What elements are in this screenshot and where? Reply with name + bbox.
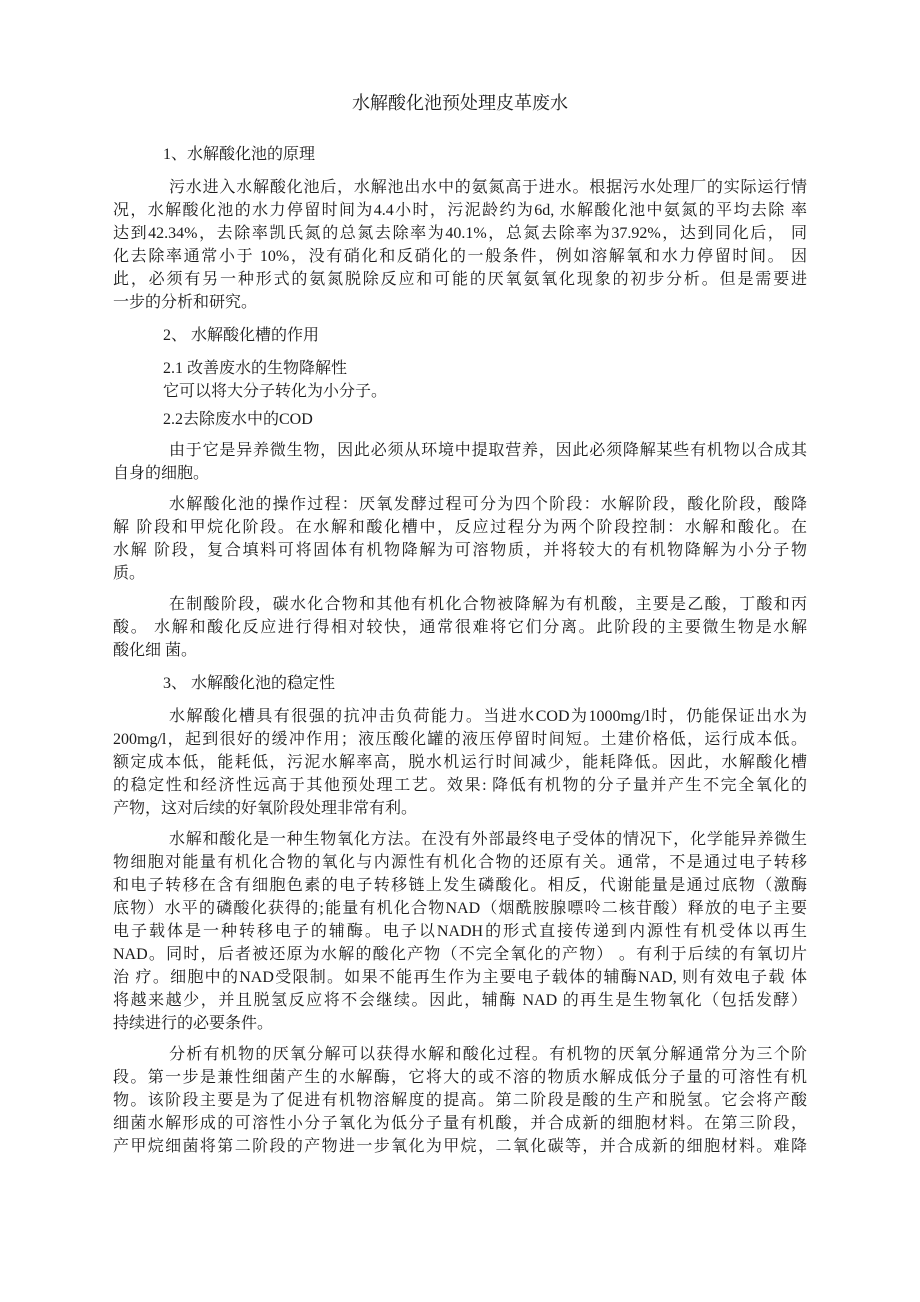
text-line: 将越来越少，并且脱氢反应将不会继续。因此，辅酶 NAD 的再生是生物氧化（包括发…	[113, 989, 807, 1012]
text-line: 解 阶段和甲烷化阶段。在水解和酸化槽中，反应过程分为两个阶段控制：水解和酸化。在	[113, 516, 807, 539]
text-line: 水解酸化槽具有很强的抗冲击负荷能力。当进水COD为1000mg/l时，仍能保证出…	[113, 705, 807, 728]
text-line: 3、 水解酸化池的稳定性	[113, 672, 807, 695]
document-page: 水解酸化池预处理皮革废水 1、水解酸化池的原理污水进入水解酸化池后，水解池出水中…	[0, 0, 920, 1302]
text-line: 由于它是异养微生物，因此必须从环境中提取营养，因此必须降解某些有机物以合成其	[113, 439, 807, 462]
text-line: NAD。同时，后者被还原为水解的酸化产物（不完全氧化的产物） 。有利于后续的有氧…	[113, 943, 807, 966]
paragraph: 水解酸化槽具有很强的抗冲击负荷能力。当进水COD为1000mg/l时，仍能保证出…	[113, 705, 807, 820]
paragraph: 2.2去除废水中的COD	[113, 408, 807, 431]
text-line: 在制酸阶段，碳水化合物和其他有机化合物被降解为有机酸，主要是乙酸，丁酸和丙	[113, 593, 807, 616]
text-line: 1、水解酸化池的原理	[113, 143, 807, 166]
text-line: 2.2去除废水中的COD	[113, 408, 807, 431]
text-line: 况，水解酸化池的水力停留时间为4.4小时，污泥龄约为6d, 水解酸化池中氨氮的平…	[113, 199, 807, 222]
text-line: 此，必须有另一种形式的氨氮脱除反应和可能的厌氧氨氧化现象的初步分析。但是需要进	[113, 268, 807, 291]
text-line: 段。第一步是兼性细菌产生的水解酶，它将大的或不溶的物质水解成低分子量的可溶性有机	[113, 1066, 807, 1089]
text-line: 持续进行的必要条件。	[113, 1012, 807, 1035]
text-line: 细菌水解形成的可溶性小分子氧化为低分子量有机酸，并合成新的细胞材料。在第三阶段，	[113, 1112, 807, 1135]
paragraph: 水解酸化池的操作过程：厌氧发酵过程可分为四个阶段：水解阶段，酸化阶段，酸降解 阶…	[113, 493, 807, 585]
text-line: 污水进入水解酸化池后，水解池出水中的氨氮高于进水。根据污水处理厂的实际运行情	[113, 176, 807, 199]
text-line: 物。该阶段主要是为了促进有机物溶解度的提高。第二阶段是酸的生产和脱氢。它会将产酸	[113, 1089, 807, 1112]
text-line: 产物，这对后续的好氧阶段处理非常有利。	[113, 797, 807, 820]
text-line: 和电子转移在含有细胞色素的电子转移链上发生磷酸化。相反，代谢能量是通过底物（激酶	[113, 874, 807, 897]
section-heading: 3、 水解酸化池的稳定性	[113, 672, 807, 695]
text-line: 酸。 水解和酸化反应进行得相对较快，通常很难将它们分离。此阶段的主要微生物是水解	[113, 616, 807, 639]
text-line: 额定成本低，能耗低，污泥水解率高，脱水机运行时间减少，能耗降低。因此，水解酸化槽	[113, 751, 807, 774]
paragraph: 分析有机物的厌氧分解可以获得水解和酸化过程。有机物的厌氧分解通常分为三个阶段。第…	[113, 1043, 807, 1158]
section-heading: 1、水解酸化池的原理	[113, 143, 807, 166]
text-line: 底物）水平的磷酸化获得的;能量有机化合物NAD（烟酰胺腺嘌呤二核苷酸）释放的电子…	[113, 897, 807, 920]
text-line: 质。	[113, 562, 807, 585]
document-content: 水解酸化池预处理皮革废水 1、水解酸化池的原理污水进入水解酸化池后，水解池出水中…	[0, 0, 920, 1158]
paragraph: 2.1 改善废水的生物降解性它可以将大分子转化为小分子。	[113, 357, 807, 403]
text-line: 一步的分析和研究。	[113, 291, 807, 314]
text-line: 自身的细胞。	[113, 462, 807, 485]
document-title: 水解酸化池预处理皮革废水	[113, 92, 807, 115]
document-body: 1、水解酸化池的原理污水进入水解酸化池后，水解池出水中的氨氮高于进水。根据污水处…	[113, 143, 807, 1158]
text-line: 物细胞对能量有机化合物的氧化与内源性有机化合物的还原有关。通常，不是通过电子转移	[113, 851, 807, 874]
text-line: 达到42.34%，去除率凯氏氮的总氮去除率为40.1%，总氮去除率为37.92%…	[113, 222, 807, 245]
paragraph: 水解和酸化是一种生物氧化方法。在没有外部最终电子受体的情况下，化学能异养微生物细…	[113, 828, 807, 1035]
text-line: 水解酸化池的操作过程：厌氧发酵过程可分为四个阶段：水解阶段，酸化阶段，酸降	[113, 493, 807, 516]
paragraph: 由于它是异养微生物，因此必须从环境中提取营养，因此必须降解某些有机物以合成其自身…	[113, 439, 807, 485]
text-line: 2.1 改善废水的生物降解性	[113, 357, 807, 380]
paragraph: 污水进入水解酸化池后，水解池出水中的氨氮高于进水。根据污水处理厂的实际运行情况，…	[113, 176, 807, 314]
text-line: 治 疗。细胞中的NAD受限制。如果不能再生作为主要电子载体的辅酶NAD, 则有效…	[113, 966, 807, 989]
text-line: 的稳定性和经济性远高于其他预处理工艺。效果: 降低有机物的分子量并产生不完全氧化…	[113, 774, 807, 797]
text-line: 分析有机物的厌氧分解可以获得水解和酸化过程。有机物的厌氧分解通常分为三个阶	[113, 1043, 807, 1066]
text-line: 产甲烷细菌将第二阶段的产物进一步氧化为甲烷，二氧化碳等，并合成新的细胞材料。难降	[113, 1135, 807, 1158]
text-line: 酸化细 菌。	[113, 639, 807, 662]
text-line: 水解 阶段，复合填料可将固体有机物降解为可溶物质，并将较大的有机物降解为小分子物	[113, 539, 807, 562]
text-line: 电子载体是一种转移电子的辅酶。电子以NADH的形式直接传递到内源性有机受体以再生	[113, 920, 807, 943]
paragraph: 在制酸阶段，碳水化合物和其他有机化合物被降解为有机酸，主要是乙酸，丁酸和丙酸。 …	[113, 593, 807, 662]
section-heading: 2、 水解酸化槽的作用	[113, 324, 807, 347]
text-line: 它可以将大分子转化为小分子。	[113, 380, 807, 403]
text-line: 水解和酸化是一种生物氧化方法。在没有外部最终电子受体的情况下，化学能异养微生	[113, 828, 807, 851]
text-line: 化去除率通常小于 10%，没有硝化和反硝化的一般条件，例如溶解氧和水力停留时间。…	[113, 245, 807, 268]
text-line: 200mg/l，起到很好的缓冲作用；液压酸化罐的液压停留时间短。土建价格低，运行…	[113, 728, 807, 751]
text-line: 2、 水解酸化槽的作用	[113, 324, 807, 347]
